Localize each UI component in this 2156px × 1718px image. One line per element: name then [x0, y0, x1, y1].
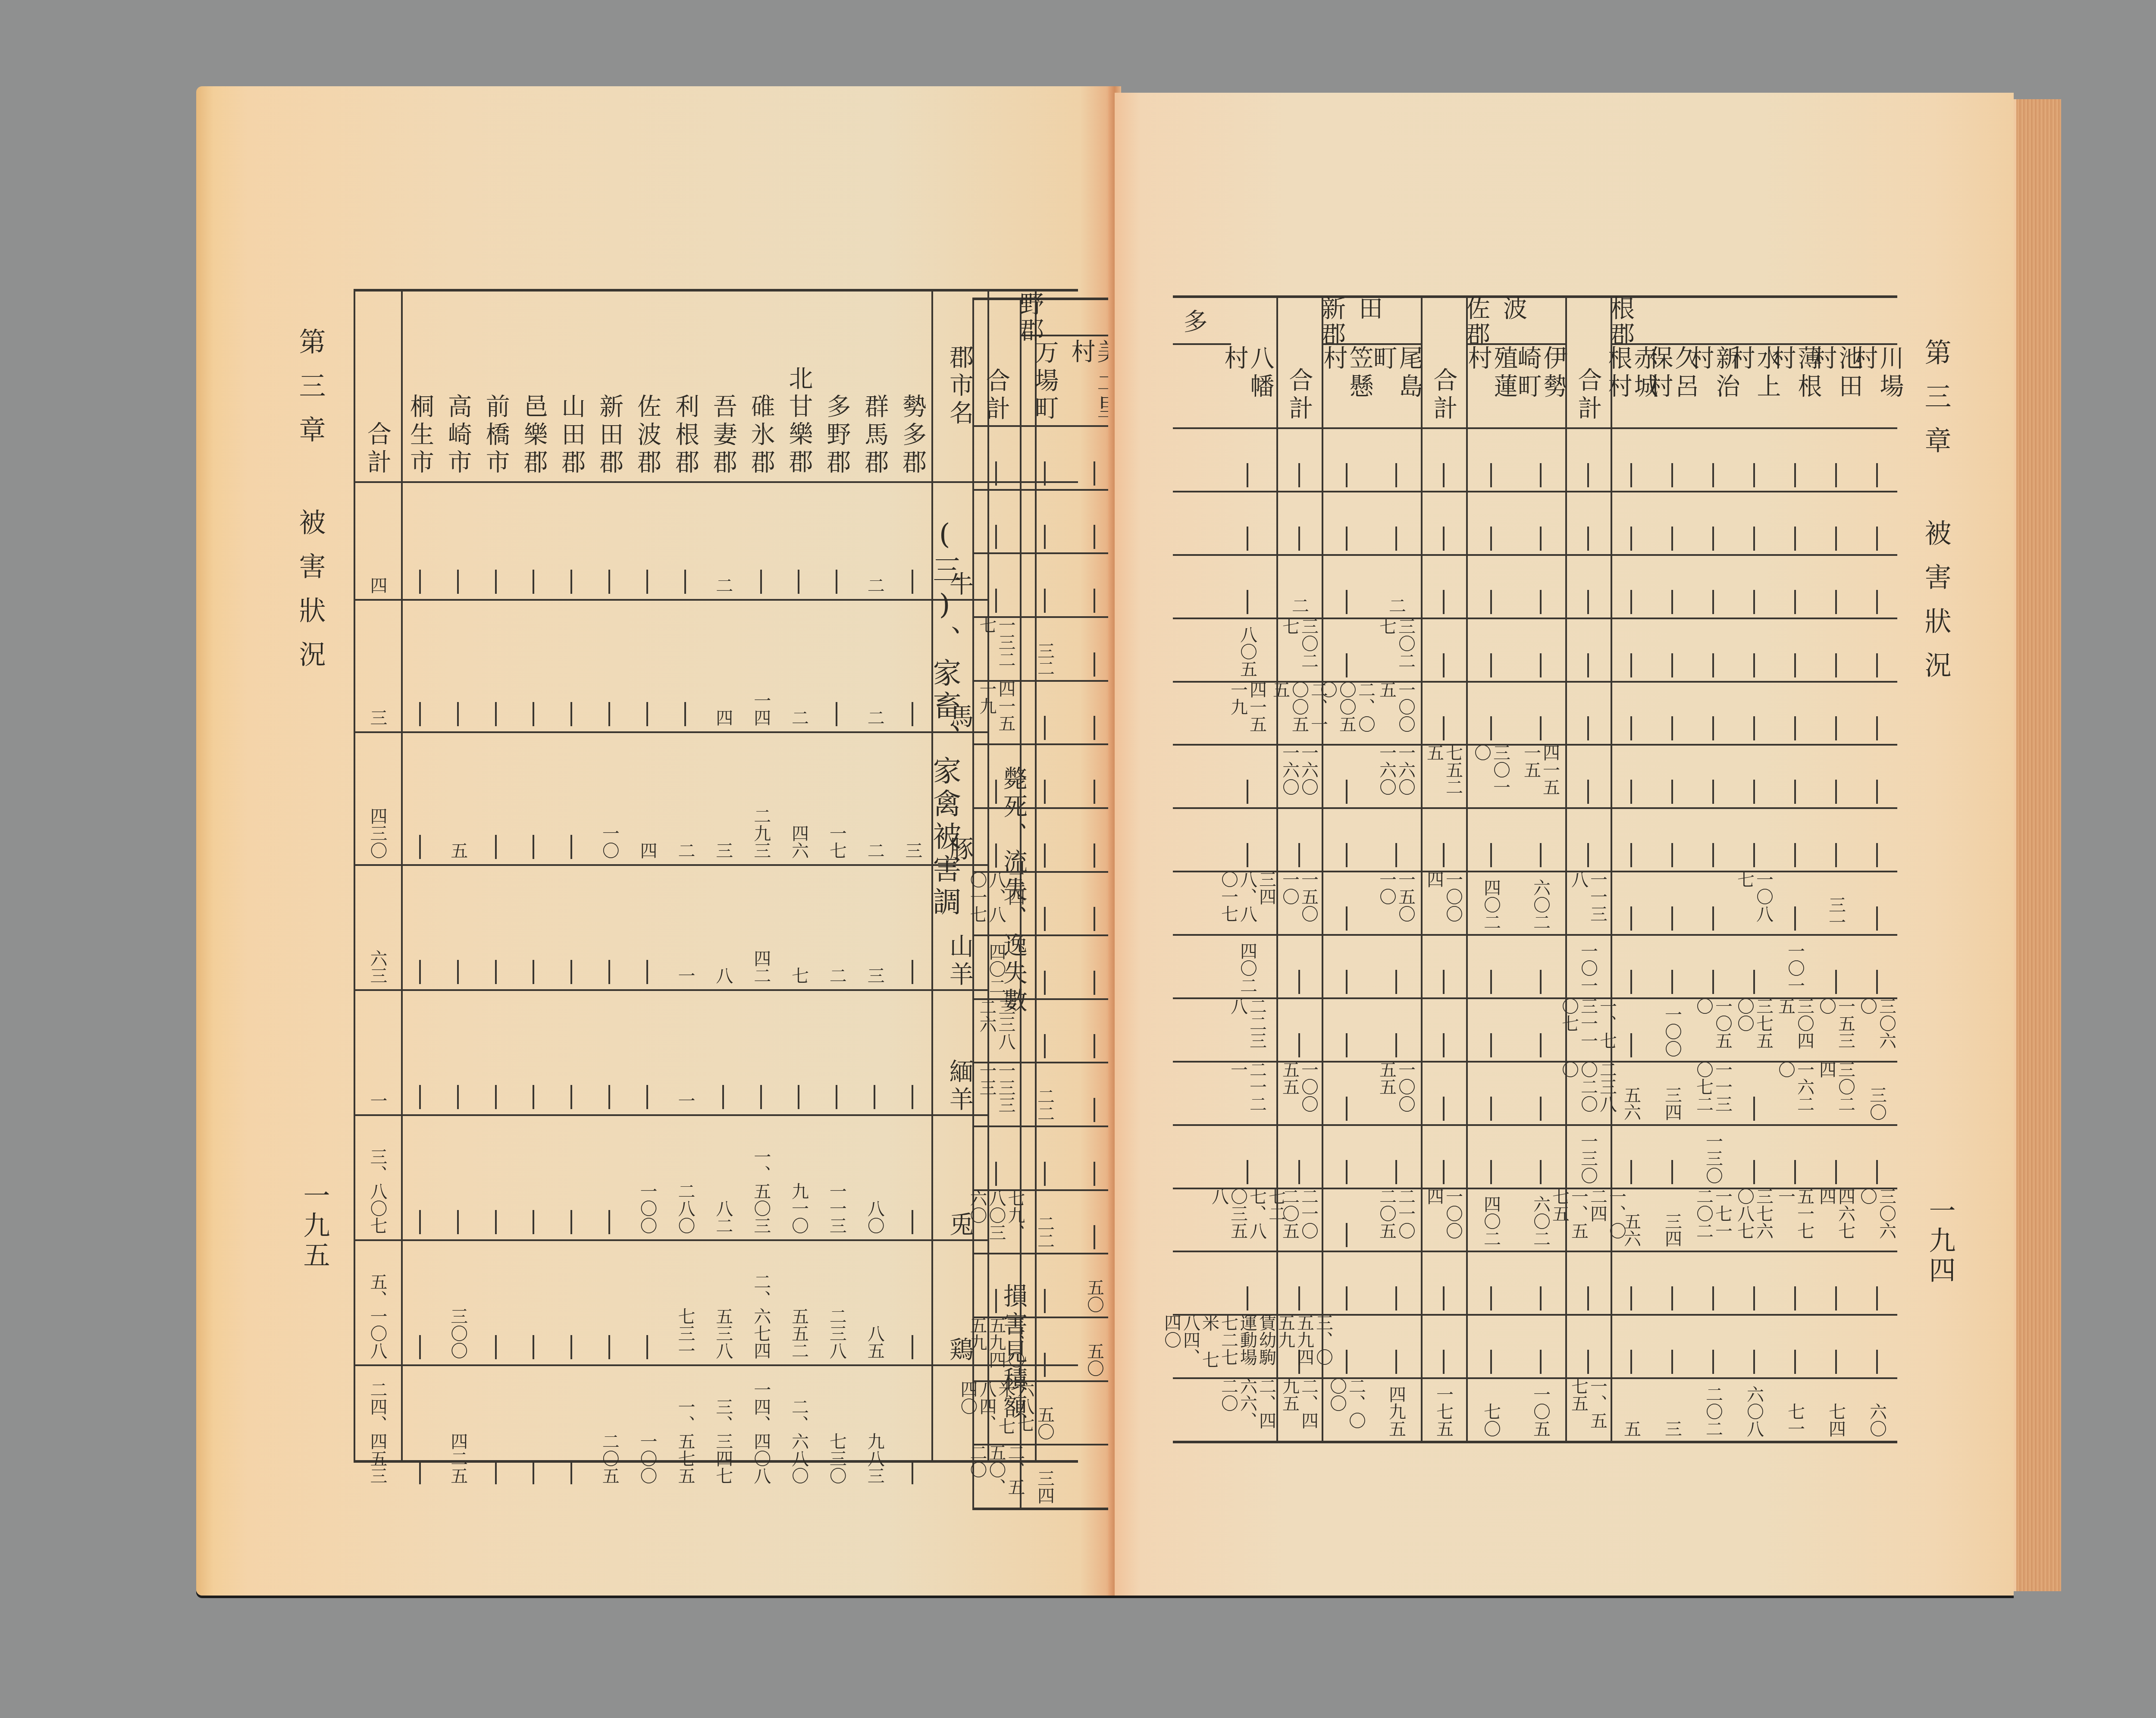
empty-dash	[1794, 716, 1796, 740]
empty-dash	[1630, 780, 1632, 804]
empty-dash	[1753, 1350, 1755, 1374]
data-cell: 一〇一	[1774, 934, 1815, 994]
data-cell	[1611, 1251, 1651, 1310]
data-cell	[1815, 807, 1856, 867]
data-cell: 二	[666, 731, 704, 859]
empty-dash	[1671, 843, 1673, 867]
empty-dash	[1671, 906, 1673, 931]
empty-dash	[1794, 590, 1796, 614]
data-cell	[590, 1239, 628, 1359]
empty-dash	[1490, 463, 1492, 487]
empty-dash	[1712, 843, 1714, 867]
page-number-left: 一九五	[295, 1182, 334, 1271]
row-rule	[1173, 1377, 1897, 1379]
data-cell	[1218, 1251, 1276, 1310]
empty-dash	[995, 780, 997, 804]
data-cell: 二	[1371, 554, 1421, 614]
data-cell	[1421, 934, 1466, 994]
empty-dash	[995, 843, 997, 868]
empty-dash	[1094, 1034, 1095, 1058]
data-cell	[1815, 934, 1856, 994]
empty-dash	[1876, 780, 1878, 804]
empty-dash	[570, 702, 572, 726]
data-cell: 三、〇五九四五九	[972, 1317, 1020, 1377]
empty-dash	[1044, 525, 1046, 549]
data-cell: 四	[628, 731, 666, 859]
data-cell: 一三〇	[1565, 1124, 1611, 1184]
data-cell	[1020, 743, 1069, 804]
data-cell	[1733, 554, 1774, 614]
data-cell: 一七	[818, 731, 856, 859]
empty-dash	[495, 1210, 497, 1234]
empty-dash	[1247, 463, 1248, 487]
empty-dash	[1346, 1097, 1347, 1121]
empty-dash	[1395, 463, 1397, 487]
data-cell	[1371, 1314, 1421, 1374]
data-cell	[1322, 427, 1371, 487]
row-rule	[1173, 744, 1897, 746]
data-cell	[1565, 1251, 1611, 1310]
data-cell	[590, 864, 628, 984]
empty-dash	[1044, 843, 1046, 868]
data-cell: 三〇六〇	[1856, 997, 1897, 1057]
data-cell: 三七六〇八七	[1733, 1188, 1774, 1248]
data-cell	[666, 481, 704, 594]
data-cell: 二〇五	[590, 1364, 628, 1484]
section-title: (三)、家畜、家禽被害調	[925, 517, 964, 1121]
data-cell	[1651, 427, 1692, 487]
data-cell: 一	[666, 864, 704, 984]
empty-dash	[1587, 1350, 1589, 1374]
empty-dash	[419, 1335, 421, 1359]
data-cell	[1692, 934, 1733, 994]
empty-dash	[798, 570, 799, 594]
data-cell: 三、〇五九四五九 賃幼駒運動場 七二七米 七八四、四〇	[1218, 1314, 1276, 1374]
row-rule	[972, 616, 1119, 618]
row-rule	[1173, 997, 1897, 999]
data-cell	[1276, 427, 1322, 487]
empty-dash	[1876, 716, 1878, 740]
empty-dash	[1298, 463, 1300, 487]
empty-dash	[995, 461, 997, 486]
data-cell	[1565, 807, 1611, 867]
empty-dash	[912, 1085, 913, 1109]
empty-dash	[1876, 1350, 1878, 1374]
empty-dash	[1490, 716, 1492, 740]
empty-dash	[1044, 1162, 1046, 1186]
data-cell: 二、六八〇	[780, 1364, 818, 1484]
empty-dash	[1835, 653, 1837, 677]
empty-dash	[1794, 1160, 1796, 1184]
empty-dash	[1794, 843, 1796, 867]
empty-dash	[608, 702, 610, 726]
row-rule	[972, 743, 1119, 745]
empty-dash	[1247, 527, 1248, 551]
row-rule	[354, 989, 931, 991]
data-cell	[1020, 1125, 1069, 1186]
empty-dash	[608, 1335, 610, 1359]
empty-dash	[1712, 1286, 1714, 1310]
data-cell	[1466, 1314, 1516, 1374]
data-cell	[1371, 1124, 1421, 1184]
data-cell: 三四	[1651, 1061, 1692, 1121]
data-cell: 四二五	[439, 1364, 477, 1484]
empty-dash	[419, 570, 421, 594]
empty-dash	[533, 1085, 534, 1109]
data-cell	[1651, 681, 1692, 741]
data-cell	[552, 1239, 590, 1359]
empty-dash	[419, 1460, 421, 1484]
data-cell: 一〇八七	[1733, 871, 1774, 931]
row-rule	[972, 998, 1119, 1000]
data-cell	[515, 864, 553, 984]
data-cell	[1421, 554, 1466, 614]
empty-dash	[1490, 1286, 1492, 1310]
row-rule	[972, 1189, 1119, 1191]
data-cell	[1651, 871, 1692, 931]
data-cell	[1218, 1124, 1276, 1184]
data-cell	[704, 989, 742, 1109]
data-cell: 三〇二四	[1815, 1061, 1856, 1121]
empty-dash	[1346, 843, 1347, 867]
data-cell	[1466, 934, 1516, 994]
data-cell: 五、一〇八	[354, 1239, 401, 1359]
empty-dash	[1587, 716, 1589, 740]
empty-dash	[1094, 589, 1095, 613]
data-cell: 四〇二	[1466, 1188, 1516, 1248]
empty-dash	[722, 1085, 724, 1109]
data-cell	[1733, 1314, 1774, 1374]
data-cell: 一三二七	[972, 616, 1020, 677]
district-group-header: 根郡	[1611, 301, 1897, 342]
empty-dash	[1630, 1160, 1632, 1184]
empty-dash	[1490, 1097, 1492, 1121]
data-cell	[1516, 997, 1565, 1057]
data-cell: 四三〇	[354, 731, 401, 859]
data-cell	[1421, 997, 1466, 1057]
empty-dash	[1630, 906, 1632, 931]
empty-dash	[1540, 716, 1542, 740]
data-cell	[1856, 1124, 1897, 1184]
column-header: 北甘樂郡	[780, 296, 818, 477]
empty-dash	[1630, 843, 1632, 867]
data-cell	[1611, 427, 1651, 487]
data-cell: 三〇二七	[1371, 618, 1421, 677]
data-cell	[1466, 554, 1516, 614]
data-cell: 四〇二	[1218, 934, 1276, 994]
data-cell	[590, 599, 628, 726]
data-cell	[1516, 491, 1565, 551]
data-cell	[552, 989, 590, 1109]
data-cell: 一〇〇五	[1371, 681, 1421, 741]
empty-dash	[419, 1085, 421, 1109]
data-cell: 七一	[1774, 1377, 1815, 1437]
empty-dash	[1712, 653, 1714, 677]
empty-dash	[1753, 1286, 1755, 1310]
empty-dash	[1540, 1350, 1542, 1374]
data-cell	[893, 1364, 931, 1484]
empty-dash	[1671, 1350, 1673, 1374]
data-cell: 七四	[1815, 1377, 1856, 1437]
data-cell: 七二七、八〇三五八	[1218, 1188, 1276, 1248]
column-rule	[1466, 298, 1468, 1441]
data-cell: 二	[704, 481, 742, 594]
data-cell	[1856, 491, 1897, 551]
data-cell	[1733, 1061, 1774, 1121]
data-cell	[1856, 934, 1897, 994]
empty-dash	[1630, 463, 1632, 487]
data-cell	[1774, 491, 1815, 551]
data-cell: 一	[354, 989, 401, 1109]
empty-dash	[1044, 716, 1046, 740]
empty-dash	[457, 1085, 459, 1109]
row-rule	[1173, 1124, 1897, 1126]
row-rule	[972, 934, 1119, 936]
data-cell: 二	[856, 599, 893, 726]
empty-dash	[1395, 1286, 1397, 1310]
column-header: 合計	[1565, 302, 1611, 423]
data-cell: 八	[704, 864, 742, 984]
empty-dash	[1540, 1286, 1542, 1310]
row-rule	[1611, 343, 1897, 345]
data-cell: 一〇五	[1516, 1377, 1565, 1437]
empty-dash	[1044, 1289, 1046, 1313]
empty-dash	[1540, 1160, 1542, 1184]
data-cell	[401, 864, 439, 984]
data-cell	[1692, 744, 1733, 804]
data-cell: 四二	[742, 864, 780, 984]
data-cell	[818, 481, 856, 594]
data-cell	[972, 1253, 1020, 1313]
row-rule	[1173, 491, 1897, 492]
data-cell: 一〇〇	[1651, 997, 1692, 1057]
data-cell: 二一二一	[1218, 1061, 1276, 1121]
data-cell	[1276, 1251, 1322, 1310]
empty-dash	[1443, 716, 1445, 740]
data-cell	[1322, 554, 1371, 614]
empty-dash	[1876, 1286, 1878, 1310]
empty-dash	[1094, 1162, 1095, 1186]
data-cell	[1218, 744, 1276, 804]
data-cell	[1774, 1314, 1815, 1374]
data-cell	[477, 1114, 515, 1234]
column-header: 合計	[1421, 302, 1466, 423]
data-cell	[1733, 618, 1774, 677]
data-cell	[1856, 871, 1897, 931]
empty-dash	[1540, 970, 1542, 994]
empty-dash	[1835, 1160, 1837, 1184]
empty-dash	[1794, 780, 1796, 804]
data-cell	[1322, 618, 1371, 677]
column-header: 吾妻郡	[704, 296, 742, 477]
data-cell: 六〇八	[1733, 1377, 1774, 1437]
empty-dash	[1835, 1350, 1837, 1374]
data-cell	[515, 599, 553, 726]
empty-dash	[570, 835, 572, 859]
empty-dash	[1443, 653, 1445, 677]
empty-dash	[995, 1162, 997, 1186]
empty-dash	[1671, 463, 1673, 487]
running-header-left: 第三章 被害狀況	[291, 328, 329, 684]
empty-dash	[1298, 970, 1300, 994]
row-rule	[1173, 1061, 1897, 1063]
data-cell	[893, 1239, 931, 1359]
empty-dash	[1630, 527, 1632, 551]
data-cell	[1466, 491, 1516, 551]
data-cell	[1611, 934, 1651, 994]
empty-dash	[608, 1210, 610, 1234]
data-cell: 一一三	[818, 1114, 856, 1234]
empty-dash	[533, 702, 534, 726]
data-cell	[1815, 618, 1856, 677]
empty-dash	[1094, 652, 1095, 677]
empty-dash	[1794, 463, 1796, 487]
data-cell	[1733, 1251, 1774, 1310]
data-cell: 二、一〇〇五五	[1276, 681, 1322, 741]
data-cell	[1815, 427, 1856, 487]
empty-dash	[1587, 527, 1589, 551]
data-cell	[477, 1364, 515, 1484]
data-cell	[552, 481, 590, 594]
data-cell	[1565, 1314, 1611, 1374]
data-cell: 三	[354, 599, 401, 726]
column-header: 佐波郡	[628, 296, 666, 477]
data-cell: 七〇	[1466, 1377, 1516, 1437]
data-cell	[590, 481, 628, 594]
empty-dash	[1835, 590, 1837, 614]
data-cell: 二二	[1020, 1062, 1069, 1122]
empty-dash	[419, 960, 421, 984]
empty-dash	[1587, 653, 1589, 677]
data-cell: 一〇一	[1565, 934, 1611, 994]
empty-dash	[1443, 527, 1445, 551]
empty-dash	[570, 1335, 572, 1359]
empty-dash	[1298, 527, 1300, 551]
data-cell: 六八七米 七八四、四〇	[972, 1380, 1020, 1441]
empty-dash	[1247, 590, 1248, 614]
empty-dash	[457, 702, 459, 726]
data-cell: 一六〇一六〇	[1371, 744, 1421, 804]
data-cell: 一〇〇	[628, 1114, 666, 1234]
data-cell: 四一五一九	[972, 680, 1020, 740]
empty-dash	[1630, 590, 1632, 614]
row-rule	[1322, 343, 1421, 345]
data-cell	[972, 425, 1020, 486]
empty-dash	[646, 1085, 648, 1109]
data-cell	[1733, 427, 1774, 487]
empty-dash	[1876, 1160, 1878, 1184]
data-cell: 一、五七五	[666, 1364, 704, 1484]
data-cell: 一〇〇四	[1421, 871, 1466, 931]
empty-dash	[1753, 463, 1755, 487]
row-rule	[972, 1253, 1119, 1254]
data-cell	[1565, 491, 1611, 551]
empty-dash	[836, 702, 837, 726]
data-cell: 三、八〇七	[354, 1114, 401, 1234]
data-cell	[1774, 681, 1815, 741]
empty-dash	[495, 1335, 497, 1359]
district-header: 野郡	[1020, 303, 1119, 333]
empty-dash	[1587, 780, 1589, 804]
data-cell: 三三八二六	[972, 998, 1020, 1059]
data-cell: 二二	[1020, 1189, 1069, 1250]
data-cell: 七九、八〇三六〇	[972, 1189, 1020, 1250]
data-cell: 二、五五〇、二〇	[972, 1444, 1020, 1504]
data-cell: 六〇二	[1516, 871, 1565, 931]
column-header: 合計	[1276, 302, 1322, 423]
data-cell	[856, 989, 893, 1109]
data-cell: 一〇〇五五	[1371, 1061, 1421, 1121]
data-cell	[818, 599, 856, 726]
data-cell: 四九五	[1371, 1377, 1421, 1437]
data-cell	[1466, 618, 1516, 677]
data-cell: 二〇二	[1692, 1377, 1733, 1437]
empty-dash	[1346, 906, 1347, 931]
data-cell	[1020, 998, 1069, 1059]
data-cell	[1733, 744, 1774, 804]
data-cell	[1020, 871, 1069, 931]
empty-dash	[1835, 1286, 1837, 1310]
data-cell	[1020, 552, 1069, 613]
data-cell	[477, 1239, 515, 1359]
empty-dash	[419, 1210, 421, 1234]
empty-dash	[533, 570, 534, 594]
data-cell	[972, 552, 1020, 613]
empty-dash	[1630, 716, 1632, 740]
data-cell	[1565, 554, 1611, 614]
data-cell	[1651, 1314, 1692, 1374]
column-header: 山田郡	[552, 296, 590, 477]
data-cell	[1516, 934, 1565, 994]
data-cell: 三四八、八〇一七	[1218, 871, 1276, 931]
empty-dash	[1835, 463, 1837, 487]
empty-dash	[1044, 971, 1046, 995]
empty-dash	[1671, 716, 1673, 740]
page-block-edge	[2014, 99, 2061, 1591]
data-cell	[818, 989, 856, 1109]
data-cell	[1611, 1314, 1651, 1374]
data-cell	[477, 864, 515, 984]
data-cell: 四一五一九	[1218, 681, 1276, 741]
data-cell: 三四八、八〇一七	[972, 871, 1020, 931]
data-cell: 五三八	[704, 1239, 742, 1359]
empty-dash	[1671, 527, 1673, 551]
data-cell: 七三一	[666, 1239, 704, 1359]
data-cell	[515, 1114, 553, 1234]
empty-dash	[1395, 843, 1397, 867]
empty-dash	[684, 570, 686, 594]
data-cell: 四〇二	[1466, 871, 1516, 931]
data-cell: 二	[780, 599, 818, 726]
data-cell	[1774, 1124, 1815, 1184]
data-cell: 二三八	[818, 1239, 856, 1359]
data-cell	[1651, 618, 1692, 677]
empty-dash	[836, 1085, 837, 1109]
row-rule	[354, 864, 931, 866]
empty-dash	[646, 570, 648, 594]
data-cell	[1815, 1124, 1856, 1184]
data-cell: 一三三一三	[972, 1062, 1020, 1122]
data-cell: 五五二	[780, 1239, 818, 1359]
data-cell	[1276, 491, 1322, 551]
data-cell: 三	[704, 731, 742, 859]
data-cell	[1516, 681, 1565, 741]
data-cell: 四一五一五	[1516, 744, 1565, 804]
village-damage-table: 川場村三〇六〇三〇三〇六〇六〇池田村三一一五三〇三〇二四四六七四七四薄根村一〇一…	[1173, 295, 1897, 1443]
data-cell	[401, 1114, 439, 1234]
data-cell	[1276, 934, 1322, 994]
data-cell	[1815, 681, 1856, 741]
